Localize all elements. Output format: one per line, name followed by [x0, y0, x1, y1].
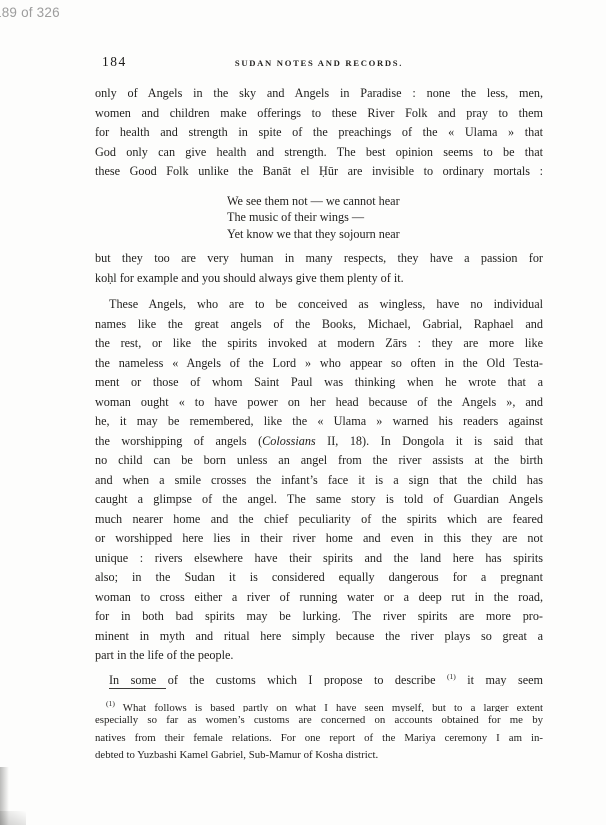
paragraph-1: only of Angels in the sky and Angels in …: [95, 84, 543, 182]
text-line: the nameless « Angels of the Lord » who …: [95, 354, 543, 374]
text-line: names like the great angels of the Books…: [95, 315, 543, 335]
text-line: the worshipping of angels (Colossians II…: [95, 432, 543, 452]
text-segment: these Good Folk unlike the Banāt el Ḥūr …: [95, 164, 543, 178]
text-line: but they too are very human in many resp…: [95, 249, 543, 269]
footnote-lines: (1) What follows is based partly on what…: [95, 695, 543, 765]
text-line: woman ought « to have power on her head …: [95, 393, 543, 413]
text-segment: the nameless « Angels of the Lord » who …: [95, 356, 543, 370]
page-body-text: only of Angels in the sky and Angels in …: [95, 84, 543, 686]
text-segment: but they too are very human in many resp…: [95, 251, 543, 265]
text-segment: especially so far as women’s customs are…: [95, 714, 543, 726]
text-segment: Colossians: [262, 434, 316, 448]
text-segment: ment or those of whom Saint Paul was thi…: [95, 375, 543, 389]
text-segment: also; in the Sudan it is considered equa…: [95, 570, 543, 584]
text-segment: Yet know we that they sojourn near: [227, 227, 400, 241]
text-segment: no child can be born unless an angel fro…: [95, 453, 543, 467]
text-segment: woman ought « to have power on her head …: [95, 395, 543, 409]
text-line: he, it may be remembered, like the « Ula…: [95, 412, 543, 432]
text-line: part in the life of the people.: [95, 646, 543, 666]
paragraph-3: These Angels, who are to be conceived as…: [95, 295, 543, 666]
text-line: These Angels, who are to be conceived as…: [95, 295, 543, 315]
verse-quote: We see them not — we cannot hearThe musi…: [95, 193, 543, 243]
text-line: and when a smile crosses the infant’s fa…: [95, 471, 543, 491]
text-line: natives from their female relations. For…: [95, 730, 543, 747]
text-line: no child can be born unless an angel fro…: [95, 451, 543, 471]
text-segment: or worshipped here lies in their river h…: [95, 531, 543, 545]
text-line: (1) What follows is based partly on what…: [95, 695, 543, 712]
text-line: Yet know we that they sojourn near: [95, 226, 543, 243]
text-segment: We see them not — we cannot hear: [227, 194, 400, 208]
text-line: ment or those of whom Saint Paul was thi…: [95, 373, 543, 393]
scan-corner-shadow: [0, 811, 26, 825]
text-line: debted to Yuzbashi Kamel Gabriel, Sub-Ma…: [95, 747, 543, 764]
text-line: woman to cross either a river of running…: [95, 588, 543, 608]
text-segment: debted to Yuzbashi Kamel Gabriel, Sub-Ma…: [95, 749, 378, 761]
text-line: women and children make offerings to the…: [95, 104, 543, 124]
text-segment: woman to cross either a river of running…: [95, 590, 543, 604]
text-segment: minent in myth and ritual here simply be…: [95, 629, 543, 643]
text-line: or worshipped here lies in their river h…: [95, 529, 543, 549]
running-header: SUDAN NOTES AND RECORDS.: [95, 58, 543, 68]
text-segment: the worshipping of angels (: [95, 434, 262, 448]
text-segment: and when a smile crosses the infant’s fa…: [95, 473, 543, 487]
text-segment: II, 18). In Dongola it is said that: [316, 434, 543, 448]
footnote: (1) What follows is based partly on what…: [95, 688, 543, 765]
text-segment: only of Angels in the sky and Angels in …: [95, 86, 543, 100]
text-line: especially so far as women’s customs are…: [95, 712, 543, 729]
footnote-marker: (1): [106, 699, 115, 708]
text-segment: God only can give health and strength. T…: [95, 145, 543, 159]
text-line: also; in the Sudan it is considered equa…: [95, 568, 543, 588]
text-segment: In some of the customs which I propose t…: [109, 673, 447, 687]
text-segment: for health and strength in spite of the …: [95, 125, 543, 139]
text-line: The music of their wings —: [95, 209, 543, 226]
text-line: In some of the customs which I propose t…: [95, 667, 543, 687]
text-line: caught a glimpse of the angel. The same …: [95, 490, 543, 510]
text-segment: women and children make offerings to the…: [95, 106, 543, 120]
text-line: for in both bad spirits may be lurking. …: [95, 607, 543, 627]
text-line: We see them not — we cannot hear: [95, 193, 543, 210]
text-line: God only can give health and strength. T…: [95, 143, 543, 163]
text-segment: The music of their wings —: [227, 210, 364, 224]
viewer-page-indicator: 189 of 326: [0, 5, 60, 20]
text-segment: part in the life of the people.: [95, 648, 233, 662]
text-segment: caught a glimpse of the angel. The same …: [95, 492, 543, 506]
text-line: koḥl for example and you should always g…: [95, 269, 543, 289]
text-line: these Good Folk unlike the Banāt el Ḥūr …: [95, 162, 543, 182]
text-segment: he, it may be remembered, like the « Ula…: [95, 414, 543, 428]
text-segment: natives from their female relations. For…: [95, 732, 543, 744]
text-line: for health and strength in spite of the …: [95, 123, 543, 143]
text-segment: What follows is based partly on what I h…: [115, 702, 543, 712]
text-segment: the rest, or like the spirits invoked at…: [95, 336, 543, 350]
text-segment: it may seem: [456, 673, 543, 687]
text-segment: much nearer home and the chief peculiari…: [95, 512, 543, 526]
text-segment: koḥl for example and you should always g…: [95, 271, 404, 285]
text-segment: names like the great angels of the Books…: [95, 317, 543, 331]
text-blocks: only of Angels in the sky and Angels in …: [95, 84, 543, 686]
text-line: the rest, or like the spirits invoked at…: [95, 334, 543, 354]
text-line: only of Angels in the sky and Angels in …: [95, 84, 543, 104]
footnote-separator: [109, 688, 166, 689]
text-line: minent in myth and ritual here simply be…: [95, 627, 543, 647]
text-line: much nearer home and the chief peculiari…: [95, 510, 543, 530]
paragraph-4: In some of the customs which I propose t…: [95, 667, 543, 687]
text-segment: unique : rivers elsewhere have their spi…: [95, 551, 543, 565]
text-segment: for in both bad spirits may be lurking. …: [95, 609, 543, 623]
footnote-marker: (1): [447, 672, 456, 681]
paragraph-2: but they too are very human in many resp…: [95, 249, 543, 288]
text-line: unique : rivers elsewhere have their spi…: [95, 549, 543, 569]
text-segment: These Angels, who are to be conceived as…: [109, 297, 543, 311]
